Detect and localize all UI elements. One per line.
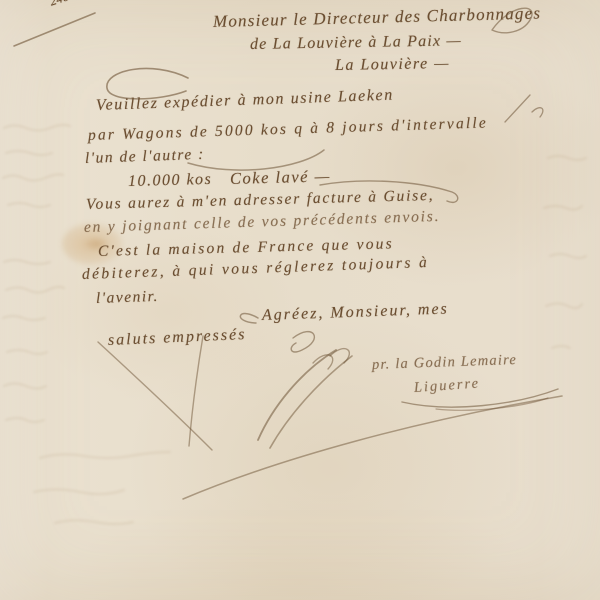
bottom-sweep — [183, 396, 562, 499]
paraph-stroke-1 — [258, 350, 336, 440]
empresses-squiggle — [291, 332, 314, 352]
signature-underline-1 — [402, 389, 558, 407]
coke-lave-dash — [320, 181, 458, 202]
vertical-stroke — [189, 336, 203, 446]
paraph-loop-2 — [313, 355, 333, 369]
laeken-tail-marks — [505, 95, 543, 122]
agreez-swash — [240, 314, 258, 323]
letter-page: 240 Monsieur le Directeur des Charbonnag… — [0, 0, 600, 600]
opening-loop-flourish — [107, 69, 188, 99]
paraph-stroke-2 — [270, 356, 352, 448]
underline-sweep — [188, 150, 324, 170]
corner-cross-stroke — [14, 13, 95, 46]
pen-flourishes — [0, 0, 600, 600]
header-tail-loop — [492, 8, 532, 33]
